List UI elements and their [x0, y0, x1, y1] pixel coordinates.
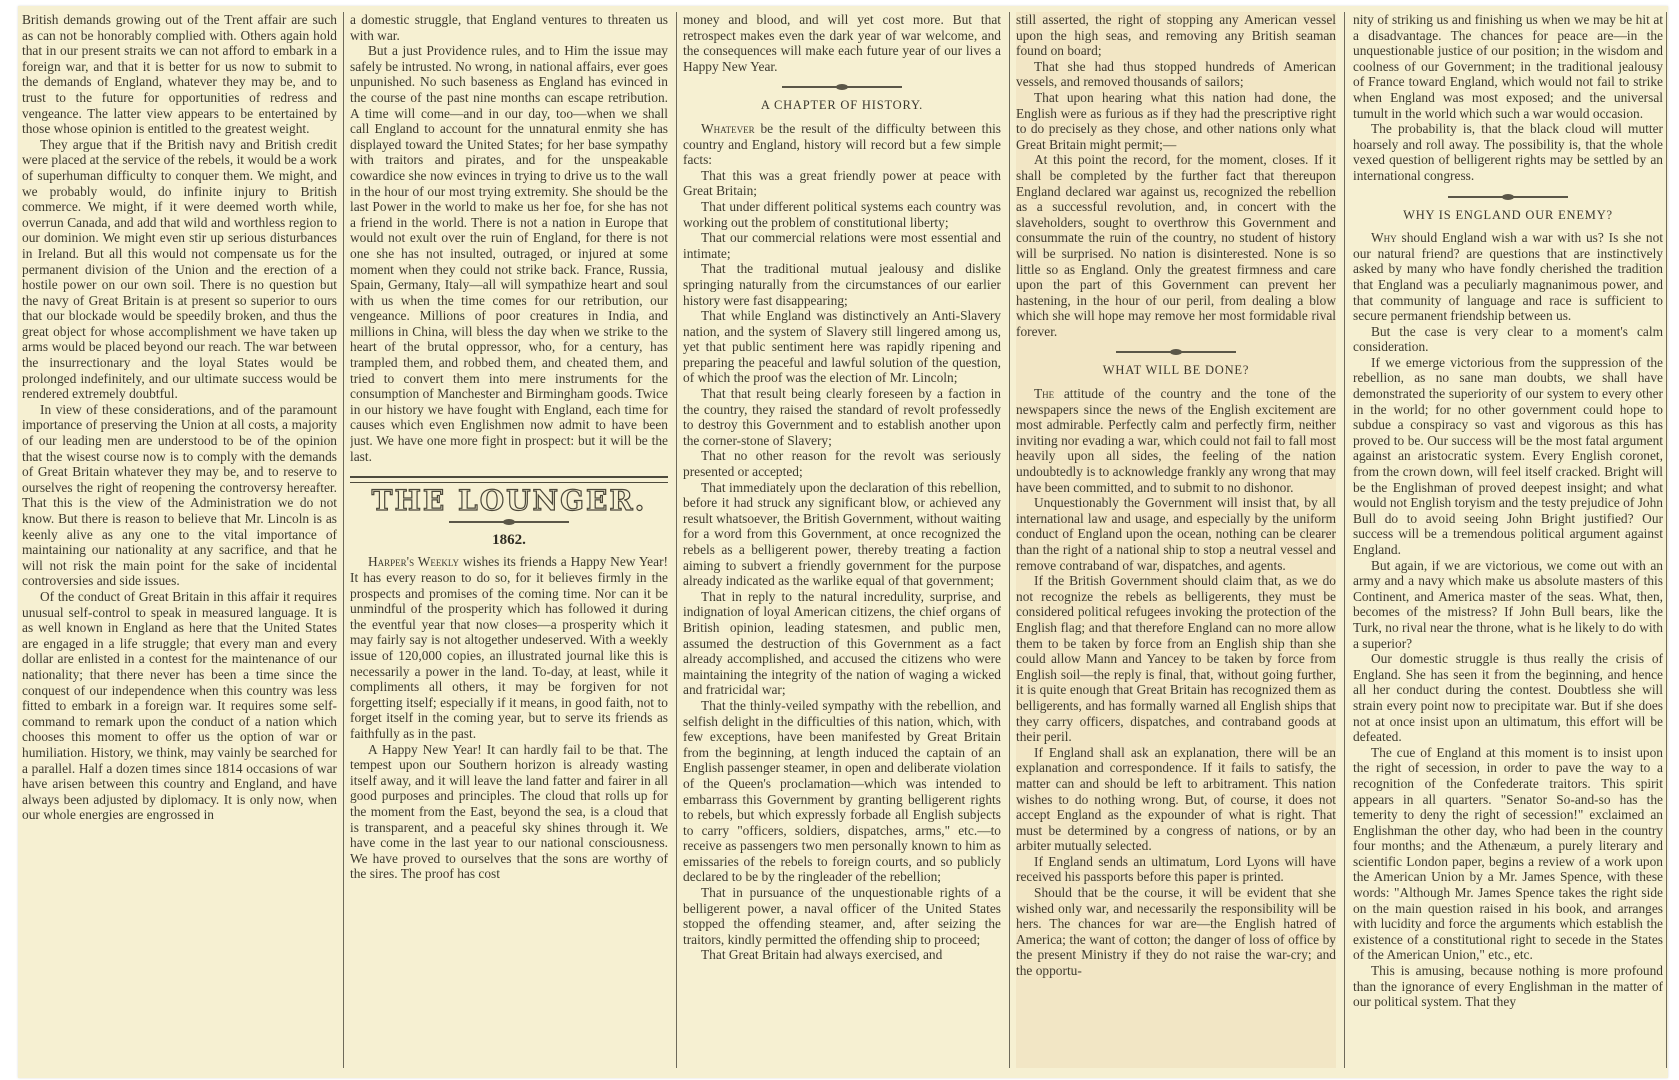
paragraph: At this point the record, for the moment… [1016, 152, 1336, 339]
column-5: nity of striking us and finishing us whe… [1353, 12, 1663, 1068]
lead-words: Whatever [701, 121, 755, 136]
ornamental-rule-icon [1116, 351, 1236, 353]
paragraph: Our domestic struggle is thus really the… [1353, 651, 1663, 745]
paragraph: Whatever be the result of the difficulty… [683, 121, 1001, 168]
section-subtitle-1862: 1862. [350, 533, 668, 549]
column-4: still asserted, the right of stopping an… [1016, 12, 1336, 1068]
section-divider [350, 476, 668, 483]
column-2: a domestic struggle, that England ventur… [350, 12, 668, 1068]
paragraph: The probability is, that the black cloud… [1353, 121, 1663, 183]
paragraph: That this was a great friendly power at … [683, 168, 1001, 199]
section-heading-chapter-of-history: A CHAPTER OF HISTORY. [683, 98, 1001, 114]
paragraph: If England shall ask an explanation, the… [1016, 745, 1336, 854]
paragraph: Of the conduct of Great Britain in this … [22, 589, 337, 823]
ornamental-rule-icon [1448, 196, 1568, 198]
section-heading-why-is-england-our-enemy: WHY IS ENGLAND OUR ENEMY? [1353, 208, 1663, 224]
paragraph: That the traditional mutual jealousy and… [683, 261, 1001, 308]
paragraph: That that result being clearly foreseen … [683, 386, 1001, 448]
paragraph: In view of these considerations, and of … [22, 402, 337, 589]
paragraph: That immediately upon the declaration of… [683, 480, 1001, 589]
paragraph: That our commercial relations were most … [683, 230, 1001, 261]
section-title-the-lounger: THE LOUNGER. [350, 493, 668, 509]
ornamental-rule-icon [782, 86, 902, 88]
page-edge-rule [1666, 12, 1667, 1068]
lead-words: Why [1371, 230, 1397, 245]
paragraph: A Happy New Year! It can hardly fail to … [350, 742, 668, 882]
paragraph: Should that be the course, it will be ev… [1016, 885, 1336, 979]
paragraph: British demands growing out of the Trent… [22, 12, 337, 137]
column-3: money and blood, and will yet cost more.… [683, 12, 1001, 1068]
paragraph: Harper's Weekly wishes its friends a Hap… [350, 554, 668, 741]
paragraph: That while England was distinctively an … [683, 308, 1001, 386]
ornamental-rule-icon [449, 521, 569, 523]
paragraph: That she had thus stopped hundreds of Am… [1016, 59, 1336, 90]
paragraph: That the thinly-veiled sympathy with the… [683, 698, 1001, 885]
lead-words: The [1034, 386, 1054, 401]
paragraph: That in reply to the natural incredulity… [683, 589, 1001, 698]
paragraph: This is amusing, because nothing is more… [1353, 963, 1663, 1010]
paragraph: Unquestionably the Government will insis… [1016, 495, 1336, 573]
paragraph: If we emerge victorious from the suppres… [1353, 355, 1663, 558]
paragraph: But the case is very clear to a moment's… [1353, 324, 1663, 355]
paragraph: nity of striking us and finishing us whe… [1353, 12, 1663, 121]
column-divider [343, 12, 344, 1068]
paragraph: a domestic struggle, that England ventur… [350, 12, 668, 43]
paragraph: The attitude of the country and the tone… [1016, 386, 1336, 495]
newspaper-page: British demands growing out of the Trent… [18, 6, 1668, 1078]
paragraph: That no other reason for the revolt was … [683, 448, 1001, 479]
paragraph: But again, if we are victorious, we come… [1353, 558, 1663, 652]
paragraph: If England sends an ultimatum, Lord Lyon… [1016, 854, 1336, 885]
column-1: British demands growing out of the Trent… [22, 12, 337, 1068]
column-divider [1344, 12, 1345, 1068]
column-divider [1009, 12, 1010, 1068]
paragraph: That upon hearing what this nation had d… [1016, 90, 1336, 152]
paragraph: They argue that if the British navy and … [22, 137, 337, 402]
paragraph: If the British Government should claim t… [1016, 573, 1336, 745]
paragraph: Why should England wish a war with us? I… [1353, 230, 1663, 324]
paragraph: still asserted, the right of stopping an… [1016, 12, 1336, 59]
paragraph: But a just Providence rules, and to Him … [350, 43, 668, 464]
section-heading-what-will-be-done: WHAT WILL BE DONE? [1016, 363, 1336, 379]
lead-words: Harper's Weekly [368, 554, 459, 569]
paragraph: money and blood, and will yet cost more.… [683, 12, 1001, 74]
paragraph: The cue of England at this moment is to … [1353, 745, 1663, 963]
paragraph: That in pursuance of the unquestionable … [683, 885, 1001, 947]
paragraph: That Great Britain had always exercised,… [683, 947, 1001, 963]
paragraph: That under different political systems e… [683, 199, 1001, 230]
column-divider [676, 12, 677, 1068]
